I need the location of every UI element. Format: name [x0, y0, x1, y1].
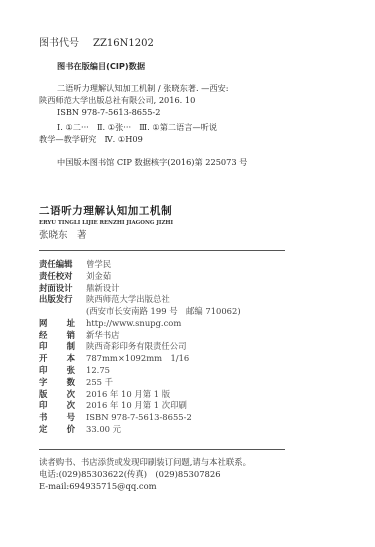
cip-subjects-line-2: 教学—教学研究 Ⅳ. ①H09	[39, 135, 143, 143]
book-code-label: 图书代号	[39, 38, 79, 49]
credit-label: 开本	[39, 353, 75, 364]
credit-value: 鼎新设计	[86, 283, 120, 294]
credit-value: 新华书店	[86, 330, 120, 341]
credit-label: 出版发行	[39, 294, 85, 305]
cip-isbn: ISBN 978-7-5613-8655-2	[57, 108, 160, 116]
credit-value: 12.75	[86, 365, 110, 376]
credit-label: 版次	[39, 389, 75, 400]
credit-label: 封面设计	[39, 283, 85, 294]
cip-heading: 图书在版编目(CIP)数据	[57, 62, 145, 70]
credit-value: ISBN 978-7-5613-8655-2	[86, 412, 192, 423]
credit-value: 787mm×1092mm 1/16	[86, 353, 189, 364]
credit-value: http://www.snupg.com	[86, 318, 181, 329]
contact-email: E-mail:694935715@qq.com	[39, 481, 157, 492]
credit-value: 曾学民	[86, 259, 111, 270]
cip-line-2: 陕西师范大学出版总社有限公司, 2016. 10	[39, 96, 195, 104]
book-code-value: ZZ16N1202	[93, 38, 154, 49]
credit-value: 刘金茹	[86, 271, 111, 282]
credit-value: 陕西师范大学出版总社	[86, 294, 170, 305]
contact-phone: 电话:(029)85303622(传真) (029)85307826	[39, 469, 221, 480]
credit-label: 印制	[39, 341, 75, 352]
cip-number: 中国版本图书馆 CIP 数据核字(2016)第 225073 号	[57, 158, 247, 166]
divider-bottom	[39, 449, 285, 450]
credit-value: 2016 年 10 月第 1 版	[86, 389, 170, 400]
book-title: 二语听力理解认知加工机制	[39, 206, 172, 217]
credit-value: 陕西奇彩印务有限责任公司	[86, 341, 187, 352]
credit-label: 定价	[39, 424, 75, 435]
credit-label: 网址	[39, 318, 75, 329]
credit-label: 字数	[39, 377, 75, 388]
credit-value: 33.00 元	[86, 424, 121, 435]
divider-top	[39, 250, 285, 251]
credit-label: 经销	[39, 330, 75, 341]
credit-label: 责任校对	[39, 271, 85, 282]
book-code-line: 图书代号ZZ16N1202	[39, 39, 154, 49]
credit-value: 2016 年 10 月第 1 次印刷	[86, 400, 187, 411]
book-author: 张晓东 著	[39, 231, 87, 241]
book-title-pinyin: ERYU TINGLI LIJIE RENZHI JIAGONG JIZHI	[39, 221, 173, 226]
credit-label: 书号	[39, 412, 75, 423]
cip-line-1: 二语听力理解认知加工机制 / 张晓东著. —西安:	[57, 84, 229, 92]
credit-value: (西安市长安南路 199 号 邮编 710062)	[86, 306, 241, 317]
cip-subjects-line-1: Ⅰ. ①二··· Ⅱ. ①张··· Ⅲ. ①第二语言—听说	[57, 123, 217, 131]
credit-value: 255 千	[86, 377, 113, 388]
credit-label: 印张	[39, 365, 75, 376]
credit-label: 责任编辑	[39, 259, 85, 270]
credit-label: 印次	[39, 400, 75, 411]
reader-notice: 读者购书、书店添货或发现印刷装订问题,请与本社联系。	[39, 457, 251, 468]
